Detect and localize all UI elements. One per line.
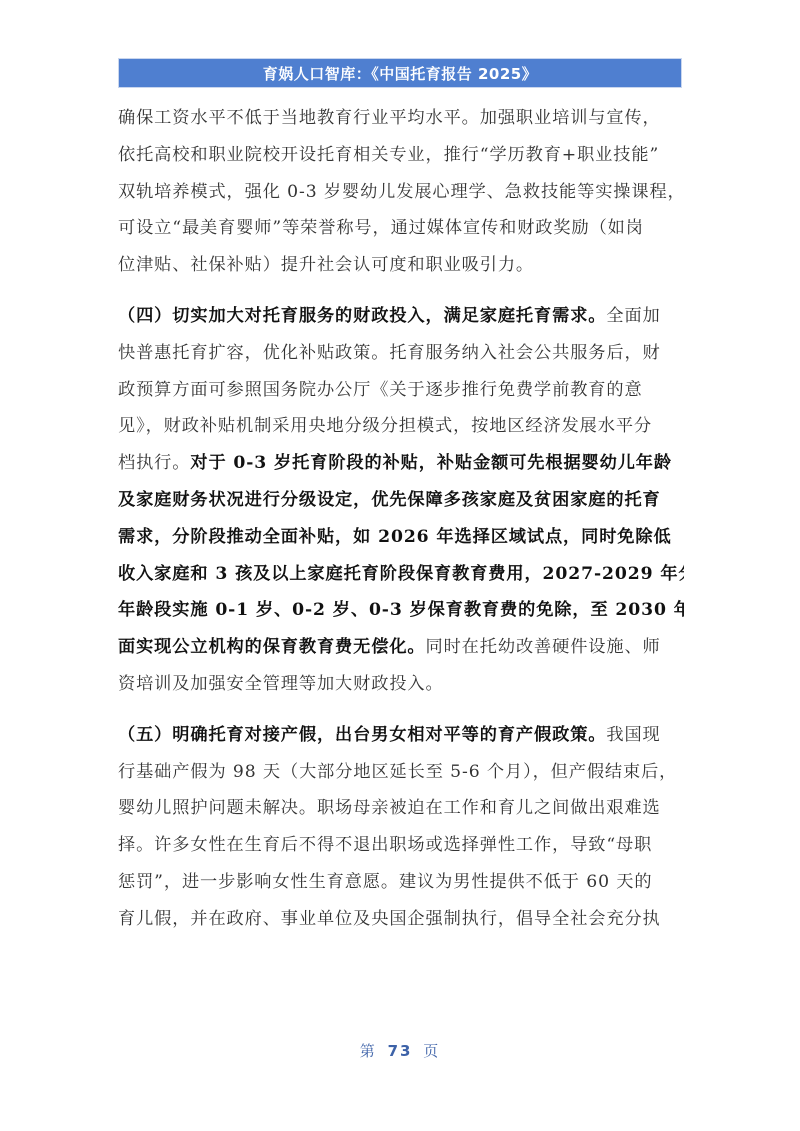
bold-text-run: 面实现公立机构的保育教育费无偿化。 — [118, 637, 426, 657]
text-run: 育儿假，并在政府、事业单位及央国企强制执行，倡导全社会充分执 — [118, 909, 661, 929]
text-line: 惩罚”，进一步影响女性生育意愿。建议为男性提供不低于 60 天的 — [118, 864, 684, 901]
bold-text-run: （五）明确托育对接产假，出台男女相对平等的育产假政策。 — [118, 725, 606, 745]
bold-text-run: 对于 0-3 岁托育阶段的补贴，补贴金额可先根据婴幼儿年龄 — [190, 453, 672, 473]
text-line: （五）明确托育对接产假，出台男女相对平等的育产假政策。我国现 — [118, 717, 684, 754]
text-line: 政预算方面可参照国务院办公厅《关于逐步推行免费学前教育的意 — [118, 372, 684, 409]
page-suffix: 页 — [423, 1042, 440, 1060]
page-number-footer: 第 73 页 — [0, 1040, 800, 1061]
text-run: 资培训及加强安全管理等加大财政投入。 — [118, 674, 444, 694]
document-body: 确保工资水平不低于当地教育行业平均水平。加强职业培训与宣传，依托高校和职业院校开… — [118, 100, 684, 938]
text-line: 见》，财政补贴机制采用央地分级分担模式，按地区经济发展水平分 — [118, 408, 684, 445]
text-line: 行基础产假为 98 天（大部分地区延长至 5-6 个月），但产假结束后， — [118, 754, 684, 791]
text-line: 资培训及加强安全管理等加大财政投入。 — [118, 666, 684, 703]
text-line: 可设立“最美育婴师”等荣誉称号，通过媒体宣传和财政奖励（如岗 — [118, 210, 684, 247]
text-run: 快普惠托育扩容，优化补贴政策。托育服务纳入社会公共服务后，财 — [118, 343, 661, 363]
report-header-banner: 育娲人口智库：《中国托育报告 2025》 — [118, 58, 682, 88]
text-line: 年龄段实施 0-1 岁、0-2 岁、0-3 岁保育教育费的免除，至 2030 年… — [118, 592, 684, 629]
text-run: 全面加 — [606, 306, 660, 326]
paragraph-staff-training: 确保工资水平不低于当地教育行业平均水平。加强职业培训与宣传，依托高校和职业院校开… — [118, 100, 684, 284]
text-line: 位津贴、社保补贴）提升社会认可度和职业吸引力。 — [118, 247, 684, 284]
text-line: 需求，分阶段推动全面补贴，如 2026 年选择区域试点，同时免除低 — [118, 519, 684, 556]
text-line: 确保工资水平不低于当地教育行业平均水平。加强职业培训与宣传， — [118, 100, 684, 137]
bold-text-run: 及家庭财务状况进行分级设定，优先保障多孩家庭及贫困家庭的托育 — [118, 490, 661, 510]
text-run: 档执行。 — [118, 453, 190, 473]
text-run: 惩罚”，进一步影响女性生育意愿。建议为男性提供不低于 60 天的 — [118, 872, 652, 892]
text-run: 同时在托幼改善硬件设施、师 — [426, 637, 661, 657]
text-run: 确保工资水平不低于当地教育行业平均水平。加强职业培训与宣传， — [118, 108, 661, 128]
text-line: 婴幼儿照护问题未解决。职场母亲被迫在工作和育儿之间做出艰难选 — [118, 790, 684, 827]
text-run: 位津贴、社保补贴）提升社会认可度和职业吸引力。 — [118, 255, 534, 275]
text-run: 行基础产假为 98 天（大部分地区延长至 5-6 个月），但产假结束后， — [118, 762, 677, 782]
text-run: 见》，财政补贴机制采用央地分级分担模式，按地区经济发展水平分 — [118, 416, 652, 436]
text-run: 依托高校和职业院校开设托育相关专业，推行“学历教育+职业技能” — [118, 145, 659, 165]
text-run: 择。许多女性在生育后不得不退出职场或选择弹性工作，导致“母职 — [118, 835, 652, 855]
text-line: 双轨培养模式，强化 0-3 岁婴幼儿发展心理学、急救技能等实操课程， — [118, 174, 684, 211]
text-line: 择。许多女性在生育后不得不退出职场或选择弹性工作，导致“母职 — [118, 827, 684, 864]
text-line: （四）切实加大对托育服务的财政投入，满足家庭托育需求。全面加 — [118, 298, 684, 335]
text-line: 快普惠托育扩容，优化补贴政策。托育服务纳入社会公共服务后，财 — [118, 335, 684, 372]
text-line: 育儿假，并在政府、事业单位及央国企强制执行，倡导全社会充分执 — [118, 901, 684, 938]
text-run: 政预算方面可参照国务院办公厅《关于逐步推行免费学前教育的意 — [118, 380, 643, 400]
text-run: 可设立“最美育婴师”等荣誉称号，通过媒体宣传和财政奖励（如岗 — [118, 218, 644, 238]
text-line: 面实现公立机构的保育教育费无偿化。同时在托幼改善硬件设施、师 — [118, 629, 684, 666]
text-run: 双轨培养模式，强化 0-3 岁婴幼儿发展心理学、急救技能等实操课程， — [118, 182, 684, 202]
bold-text-run: （四）切实加大对托育服务的财政投入，满足家庭托育需求。 — [118, 306, 606, 326]
bold-text-run: 需求，分阶段推动全面补贴，如 2026 年选择区域试点，同时免除低 — [118, 527, 672, 547]
text-run: 婴幼儿照护问题未解决。职场母亲被迫在工作和育儿之间做出艰难选 — [118, 798, 661, 818]
text-line: 依托高校和职业院校开设托育相关专业，推行“学历教育+职业技能” — [118, 137, 684, 174]
text-line: 档执行。对于 0-3 岁托育阶段的补贴，补贴金额可先根据婴幼儿年龄 — [118, 445, 684, 482]
bold-text-run: 年龄段实施 0-1 岁、0-2 岁、0-3 岁保育教育费的免除，至 2030 年… — [118, 600, 684, 620]
paragraph-fiscal-investment: （四）切实加大对托育服务的财政投入，满足家庭托育需求。全面加快普惠托育扩容，优化… — [118, 298, 684, 703]
paragraph-parental-leave: （五）明确托育对接产假，出台男女相对平等的育产假政策。我国现行基础产假为 98 … — [118, 717, 684, 938]
text-run: 我国现 — [606, 725, 660, 745]
report-title: 育娲人口智库：《中国托育报告 2025》 — [263, 63, 537, 84]
bold-text-run: 收入家庭和 3 孩及以上家庭托育阶段保育教育费用，2027-2029 年分 — [118, 564, 684, 584]
text-line: 收入家庭和 3 孩及以上家庭托育阶段保育教育费用，2027-2029 年分 — [118, 556, 684, 593]
page-number: 73 — [388, 1042, 413, 1060]
page-prefix: 第 — [360, 1042, 377, 1060]
text-line: 及家庭财务状况进行分级设定，优先保障多孩家庭及贫困家庭的托育 — [118, 482, 684, 519]
